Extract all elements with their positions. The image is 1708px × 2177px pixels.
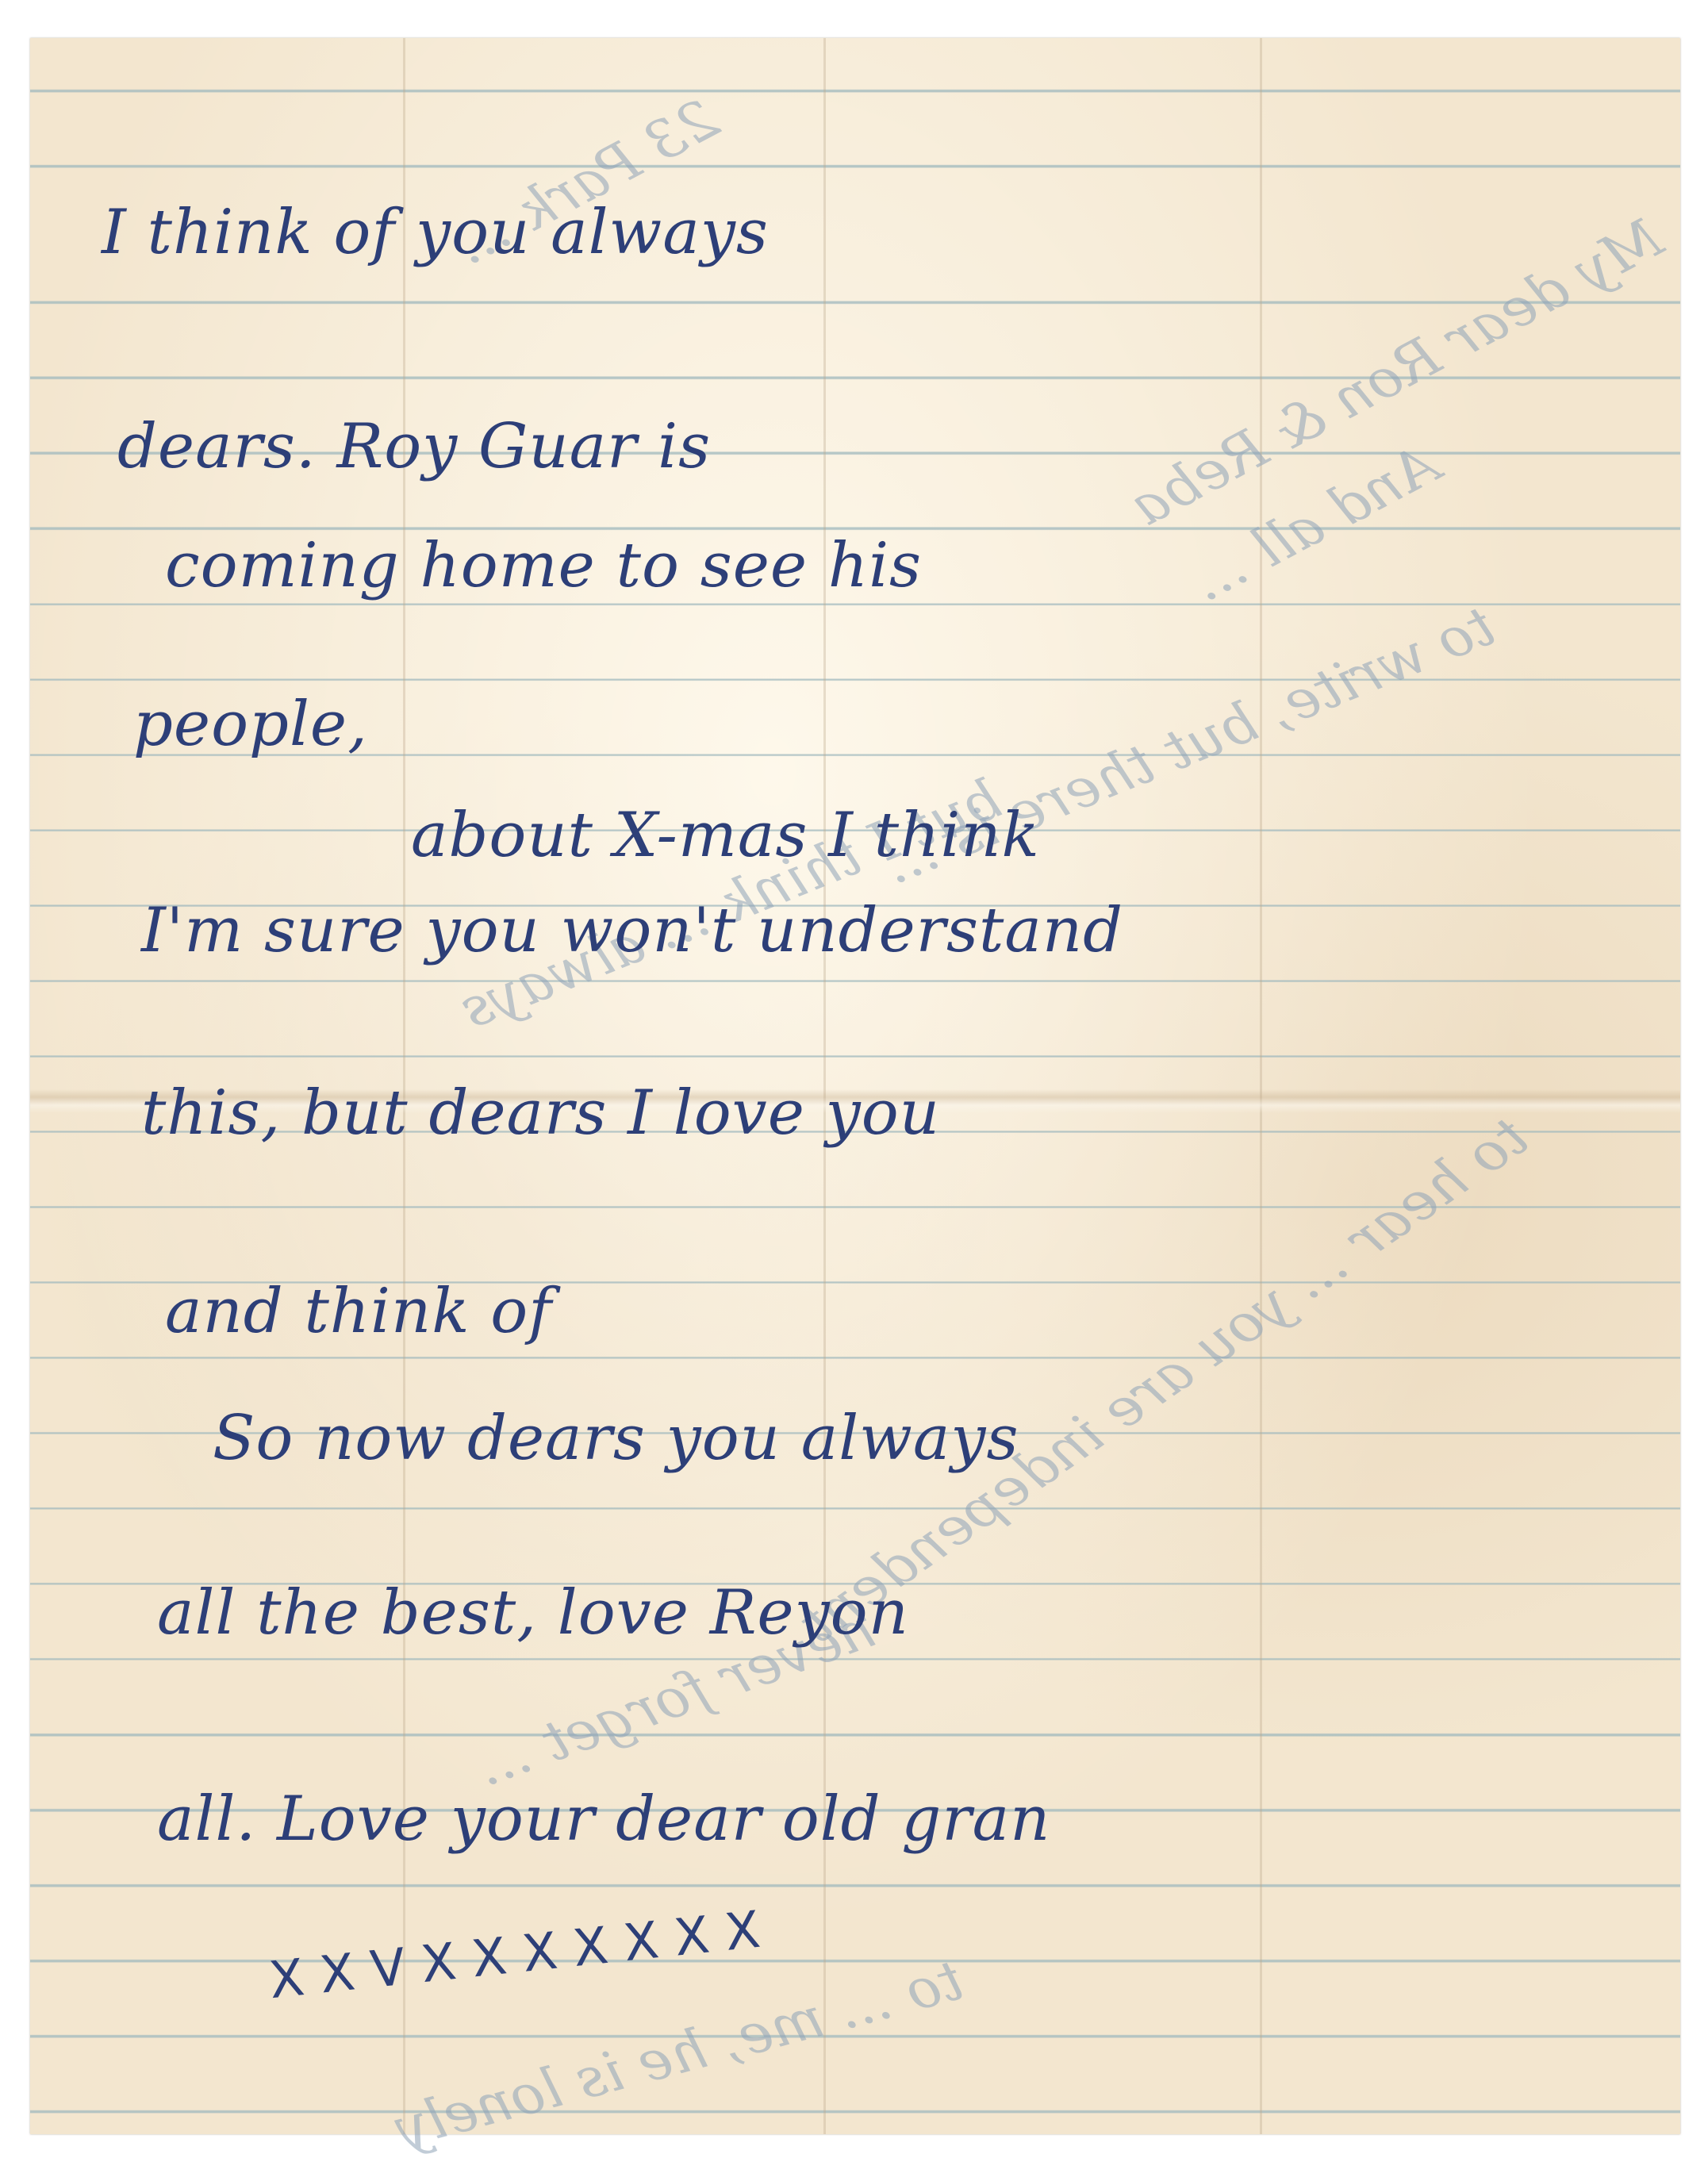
letter-line: I'm sure you won't understand [141, 895, 1123, 966]
letter-line: about X-mas I think [411, 800, 1040, 871]
letter-line: So now dears you always [213, 1403, 1019, 1474]
letter-line: all. Love your dear old gran [157, 1783, 1050, 1855]
letter-line: all the best, love Reyon [157, 1577, 909, 1649]
letter-line: I think of you always [102, 197, 769, 268]
fold-crease [1260, 38, 1262, 2134]
letter-line: people, [133, 689, 368, 760]
letter-line: this, but dears I love you [141, 1077, 940, 1149]
letter-line: and think of [165, 1276, 552, 1347]
letter-page: 23 Park ... My dear Ron & Reba And all .… [30, 38, 1680, 2134]
letter-line: dears. Roy Guar is [117, 411, 711, 482]
letter-line: coming home to see his [165, 530, 922, 601]
